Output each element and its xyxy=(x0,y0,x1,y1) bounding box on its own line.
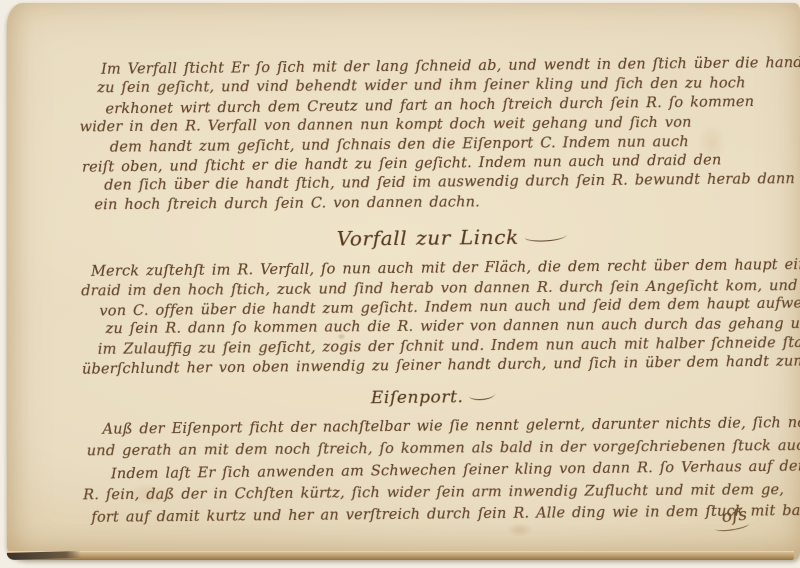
section-heading-vorfall-zur-linck: Vorfall zur Linck xyxy=(141,222,763,254)
manuscript-scan: Im Verfall ſticht Er ſo ſich mit der lan… xyxy=(0,0,800,568)
book-page-edges xyxy=(7,551,794,560)
text-line: ein hoch ſtreich durch ſein C. von danne… xyxy=(94,191,762,215)
text-line: R. ſein, daß der in Cchſten kürtz, ſich … xyxy=(83,479,765,506)
paragraph-eisenport: Auß der Eiſenport ficht der nachſtelbar … xyxy=(82,412,765,529)
handwritten-text-block: Im Verfall ſticht Er ſo ſich mit der lan… xyxy=(79,54,765,528)
paragraph-merck: Merck zuſtehſt im R. Verfall, ſo nun auc… xyxy=(81,257,764,380)
heading-text: Eiſenport. xyxy=(371,387,464,408)
pen-flourish-icon xyxy=(469,389,495,400)
heading-text: Vorfall zur Linck xyxy=(337,225,519,251)
paper-stain xyxy=(507,523,533,537)
manuscript-page: Im Verfall ſticht Er ſo ſich mit der lan… xyxy=(7,3,800,560)
pen-flourish-icon xyxy=(525,231,567,242)
section-heading-eisenport: Eiſenport. xyxy=(102,383,764,411)
folio-flourish-mark: oſs xyxy=(721,505,749,532)
paragraph-verfall: Im Verfall ſticht Er ſo ſich mit der lan… xyxy=(79,54,762,216)
